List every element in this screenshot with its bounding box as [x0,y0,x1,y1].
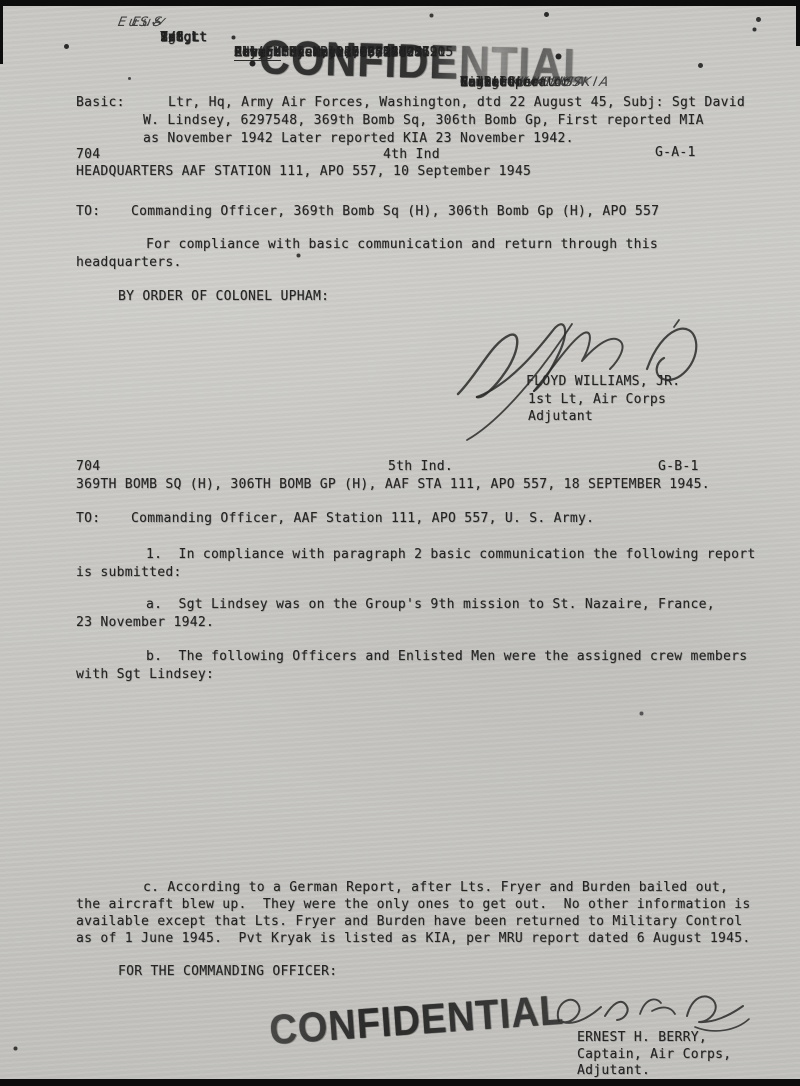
paragraph-1-line: is submitted: [76,565,182,581]
by-order-line: BY ORDER OF COLONEL UPHAM: [118,289,329,305]
headquarters-heading: HEADQUARTERS AAF STATION 111, APO 557, 1… [76,164,531,180]
scanned-document-page: CONFIDENTIAL Basic: Ltr, Hq, Army Air Fo… [0,0,800,1086]
crew-rank: S/Sgt [160,30,199,45]
basic-reference-label: Basic: [76,95,125,111]
crew-position: Tail Gunner [460,75,546,90]
berry-signature-scribble [545,985,760,1047]
handwritten-left-mark: ✓ [117,15,166,30]
signer-rank-5th: Captain, Air Corps, [577,1047,731,1063]
scan-edge-bottom [0,1079,800,1086]
handwritten-status: KIA [557,75,588,90]
squadron-heading: 369TH BOMB SQ (H), 306TH BOMB GP (H), AA… [76,477,710,493]
basic-reference-line: Ltr, Hq, Army Air Forces, Washington, dt… [168,95,745,111]
williams-signature-scribble [420,298,730,448]
indorsement-title-4th: 4th Ind [383,147,440,163]
paragraph-c-line: c. According to a German Report, after L… [143,880,728,896]
paragraph-a-line: a. Sgt Lindsey was on the Group's 9th mi… [146,597,715,613]
confidential-stamp-bottom: CONFIDENTIAL [268,987,565,1055]
paragraph-a-line: 23 November 1942. [76,615,214,631]
body-line-4th: For compliance with basic communication … [146,237,658,253]
office-symbol-5th: G-B-1 [658,459,699,475]
paragraph-c-line: available except that Lts. Fryer and Bur… [76,914,742,930]
office-symbol-4th: G-A-1 [655,145,696,161]
paragraph-c-line: as of 1 June 1945. Pvt Kryak is listed a… [76,931,751,947]
paragraph-b-line: b. The following Officers and Enlisted M… [146,649,747,665]
file-number-5th: 704 [76,459,100,475]
file-number-4th: 704 [76,147,100,163]
to-label-5th: TO: [76,511,100,527]
crew-table-row: ✓ S/Sgt George L. Houx, 39022475 Tail Gu… [0,0,800,18]
crew-name: George L. Houx, 39022475 [234,45,422,60]
paragraph-c-line: the aircraft blew up. They were the only… [76,897,751,913]
to-label-4th: TO: [76,204,100,220]
body-line-4th: headquarters. [76,255,182,271]
paragraph-b-line: with Sgt Lindsey: [76,667,214,683]
basic-reference-line: as November 1942 Later reported KIA 23 N… [143,131,574,147]
paragraph-1-line: 1. In compliance with paragraph 2 basic … [146,547,756,563]
to-address-5th: Commanding Officer, AAF Station 111, APO… [131,511,594,527]
for-commanding-officer-line: FOR THE COMMANDING OFFICER: [118,964,337,980]
signer-title-5th: Adjutant. [577,1063,650,1079]
indorsement-title-5th: 5th Ind. [388,459,453,475]
to-address-4th: Commanding Officer, 369th Bomb Sq (H), 3… [131,204,659,220]
basic-reference-line: W. Lindsey, 6297548, 369th Bomb Sq, 306t… [143,113,704,129]
